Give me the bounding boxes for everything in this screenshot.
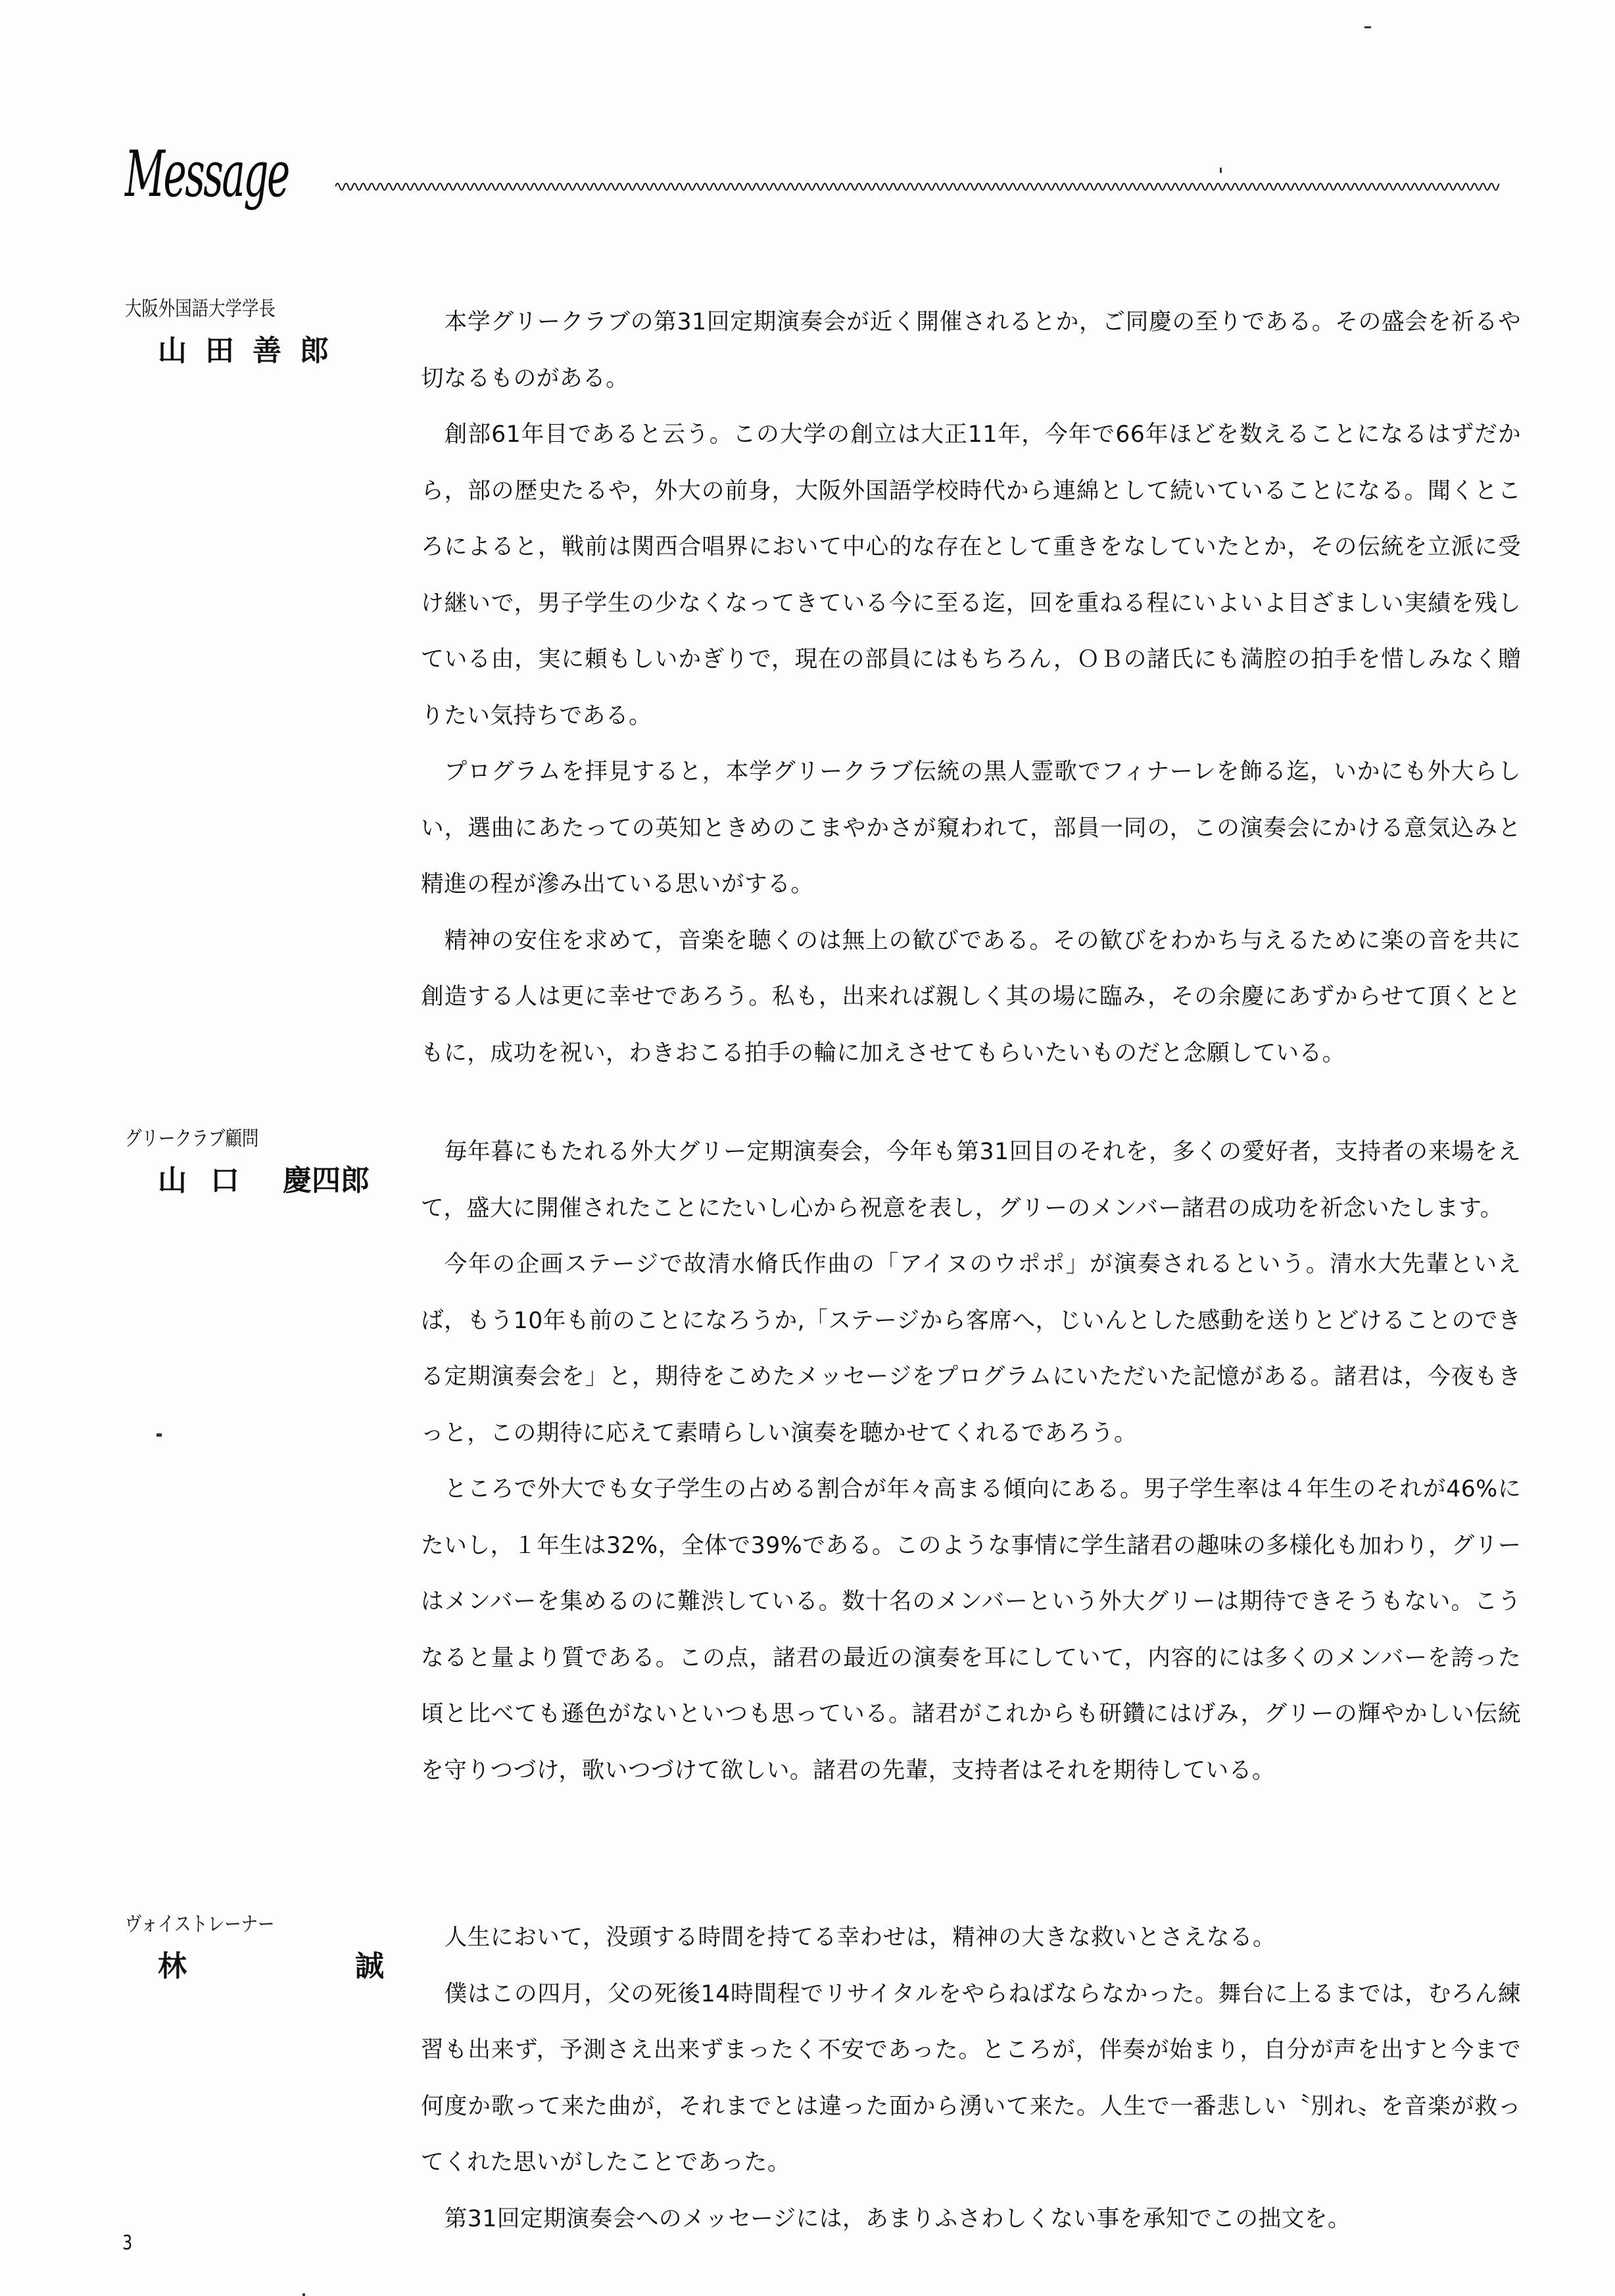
message-body: 本学グリークラブの第31回定期演奏会が近く開催されるとか，ご同慶の至りである。そ…	[421, 295, 1532, 1082]
scan-speck	[1364, 26, 1371, 28]
author-name-char: 誠	[355, 1948, 384, 1985]
scan-speck	[302, 2293, 305, 2296]
author-block: ヴォイストレーナー 林誠	[125, 1910, 414, 1985]
paragraph: 本学グリークラブの第31回定期演奏会が近く開催されるとか，ご同慶の至りである。そ…	[421, 295, 1521, 407]
paragraph: 僕はこの四月，父の死後14時間程でリサイタルをやらねばならなかった。舞台に上るま…	[421, 1967, 1521, 2191]
paragraph: 第31回定期演奏会へのメッセージには，あまりふさわしくない事を承知でこの拙文を。	[421, 2191, 1521, 2248]
message-body: 人生において，没頭する時間を持てる幸わせは，精神の大きな救いとさえなる。 僕はこ…	[421, 1910, 1532, 2247]
paragraph: 毎年暮にもたれる外大グリー定期演奏会，今年も第31回目のそれを，多くの愛好者，支…	[421, 1124, 1521, 1237]
author-name-char: 郎	[300, 334, 347, 368]
author-name: 林誠	[125, 1948, 414, 1985]
page-number: 3	[122, 2230, 132, 2257]
paragraph: 精神の安住を求めて，音楽を聴くのは無上の歓びである。その歓びをわかち与えるために…	[421, 913, 1521, 1082]
scan-speck	[157, 1433, 162, 1437]
author-block: 大阪外国語大学学長 山田善郎	[125, 295, 414, 370]
paragraph: プログラムを拝見すると，本学グリークラブ伝統の黒人霊歌でフィナーレを飾る迄，いか…	[421, 744, 1521, 913]
author-name-char: 林	[158, 1948, 355, 1985]
scan-speck	[1220, 168, 1222, 173]
message-body: 毎年暮にもたれる外大グリー定期演奏会，今年も第31回目のそれを，多くの愛好者，支…	[421, 1124, 1532, 1799]
author-name: 山田善郎	[125, 333, 414, 370]
paragraph: ところで外大でも女子学生の占める割合が年々高まる傾向にある。男子学生率は４年生の…	[421, 1462, 1521, 1799]
paragraph: 今年の企画ステージで故清水脩氏作曲の「アイヌのウポポ」が演奏されるという。清水大…	[421, 1237, 1521, 1462]
author-name-char: 口	[210, 1162, 283, 1199]
wavy-rule-decoration	[335, 180, 1499, 193]
author-block: グリークラブ顧問 山口慶四郎	[125, 1124, 414, 1199]
paragraph: 人生において，没頭する時間を持てる幸わせは，精神の大きな救いとさえなる。	[421, 1910, 1521, 1967]
author-name-char: 山	[158, 1162, 210, 1199]
author-name-char: 山	[158, 334, 205, 368]
author-name-char: 善	[253, 334, 300, 368]
document-page: Message 大阪外国語大学学長 山田善郎 本学グリークラブの第31回定期演奏…	[0, 0, 1615, 2296]
author-role: ヴォイストレーナー	[125, 1910, 362, 1939]
author-name-given: 慶四郎	[283, 1162, 370, 1199]
page-title: Message	[125, 125, 289, 224]
author-role: グリークラブ顧問	[125, 1124, 362, 1153]
author-role: 大阪外国語大学学長	[125, 295, 362, 323]
paragraph: 創部61年目であると云う。この大学の創立は大正11年，今年で66年ほどを数えるこ…	[421, 407, 1521, 744]
page-header: Message	[125, 125, 1519, 224]
author-name-char: 田	[205, 334, 253, 368]
author-name: 山口慶四郎	[125, 1162, 414, 1199]
